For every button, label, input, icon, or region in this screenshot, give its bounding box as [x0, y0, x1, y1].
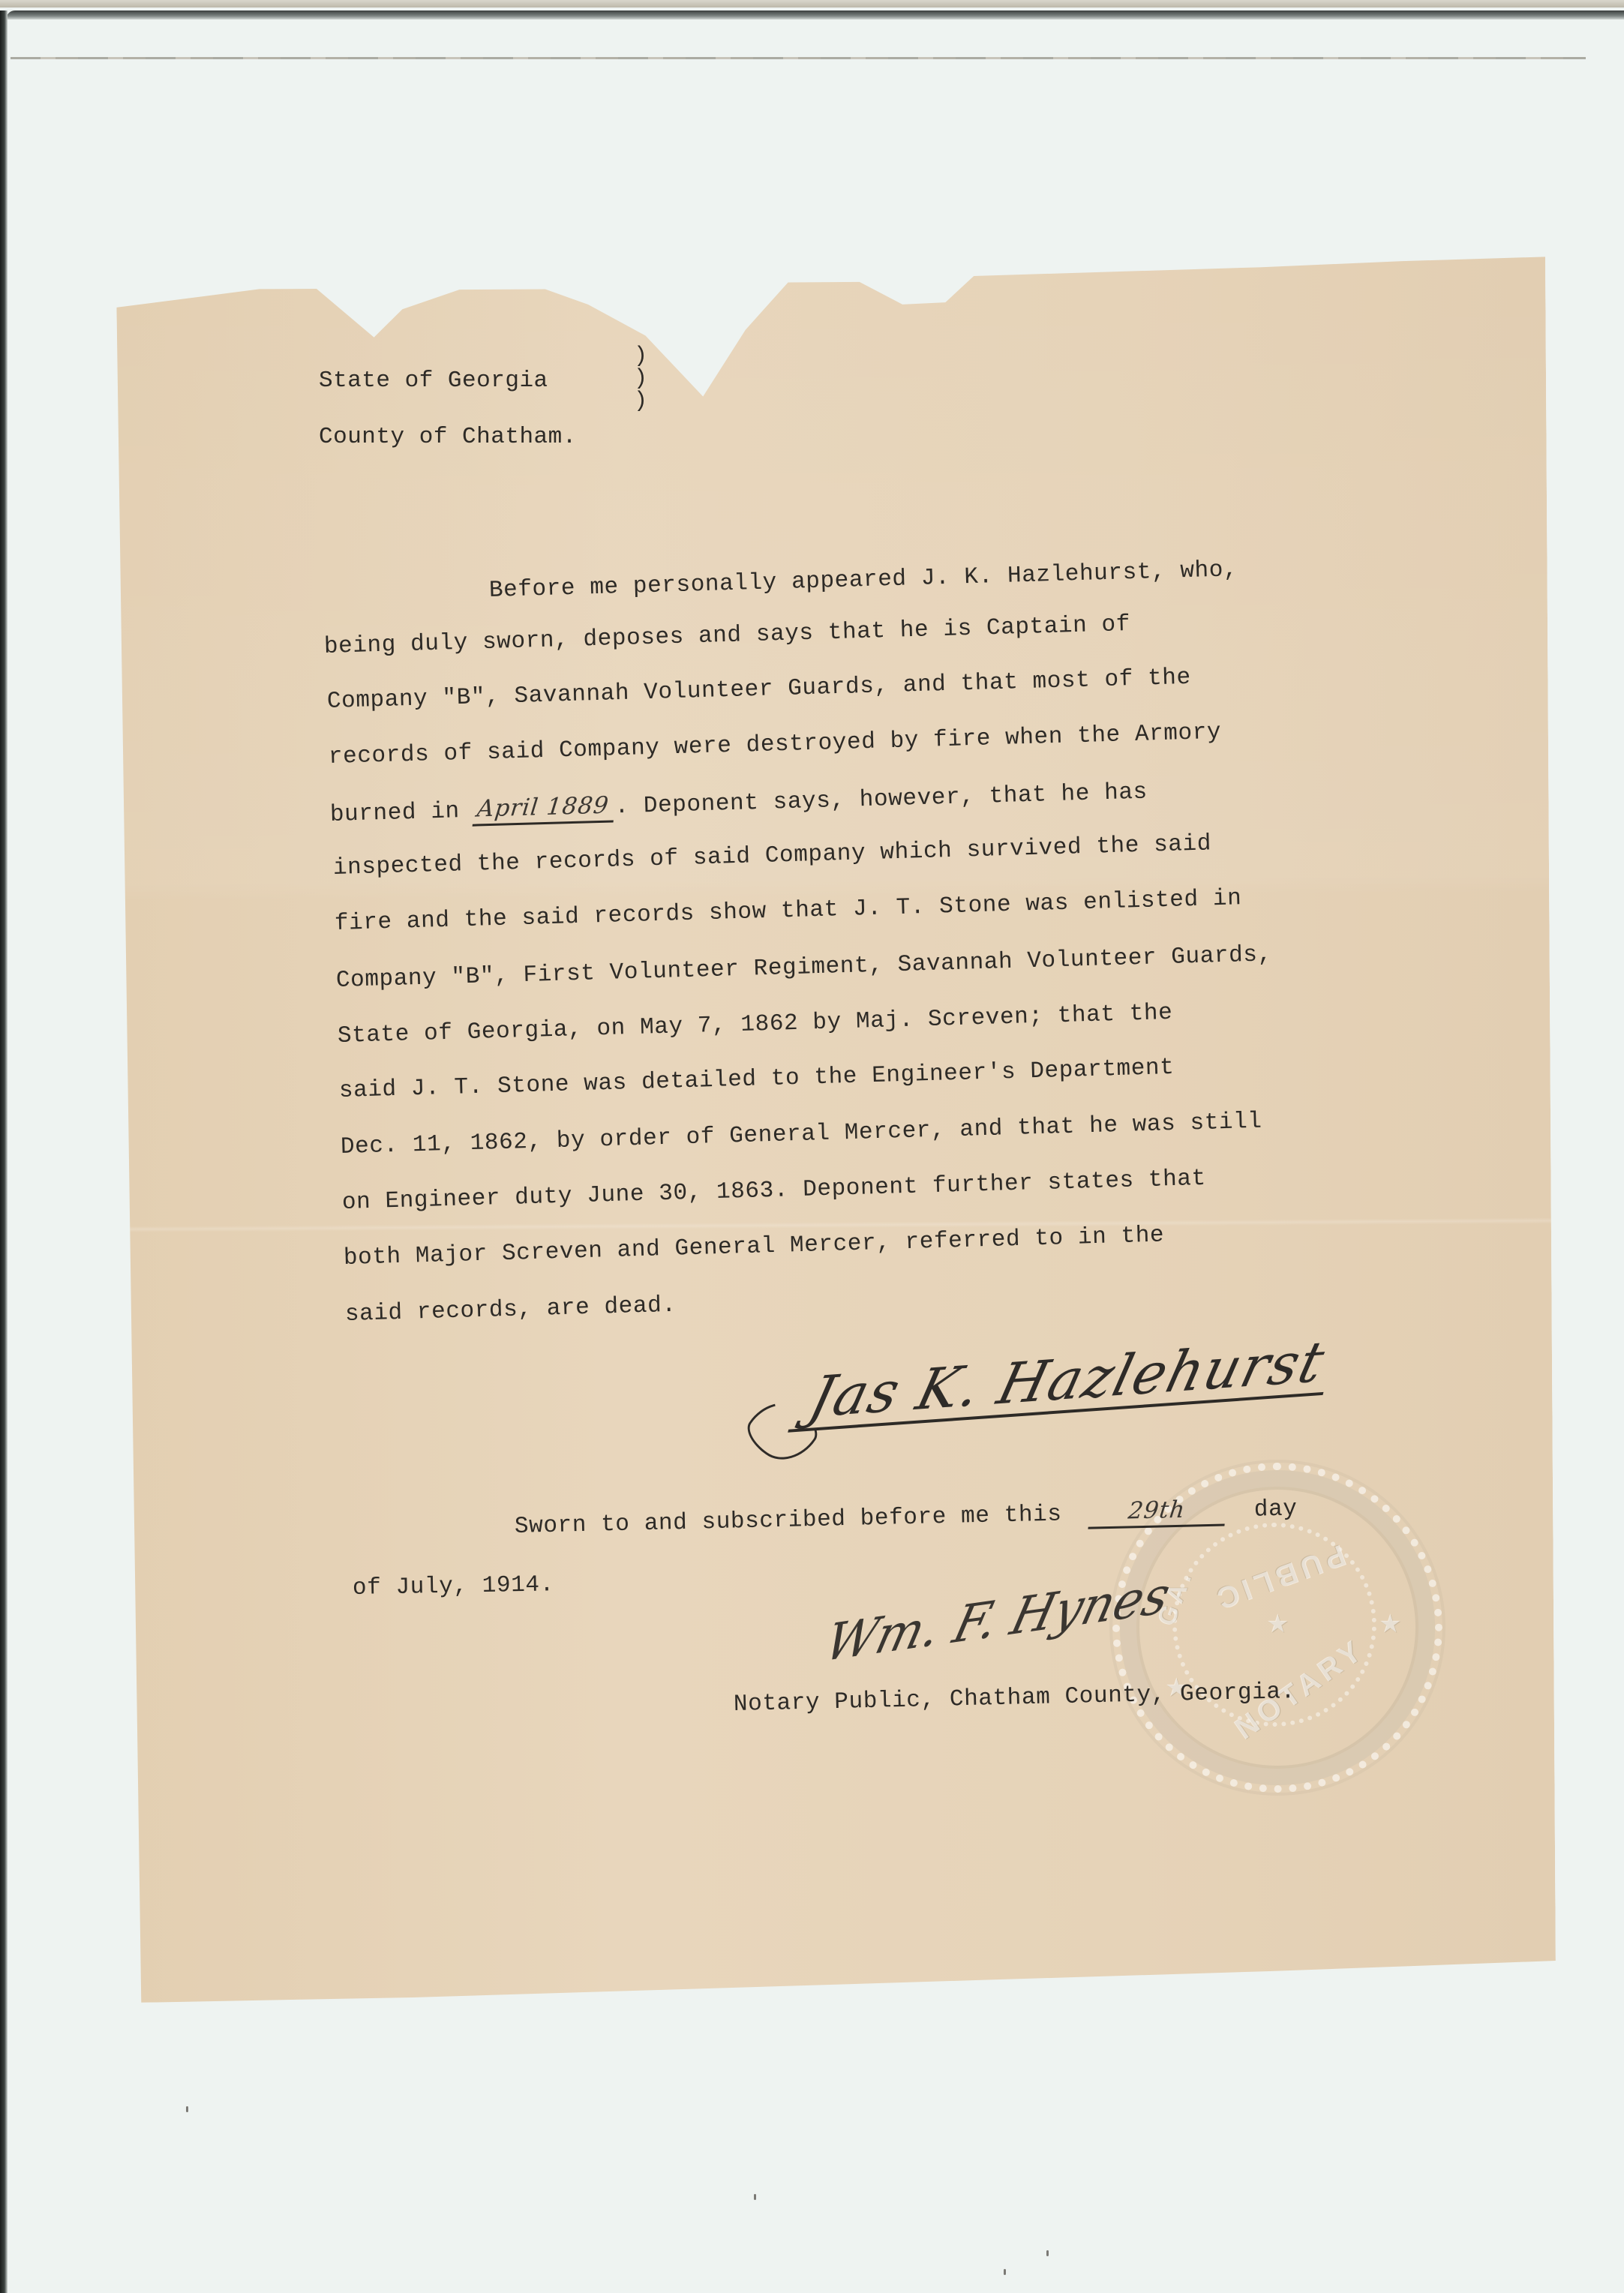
- caption-block: State of Georgia County of Chatham.: [319, 353, 577, 465]
- scanner-left-border: [0, 11, 8, 2293]
- handwritten-date-april-1889: April 1889: [473, 791, 617, 826]
- dust-speck: [1046, 2250, 1049, 2256]
- dust-speck: [186, 2106, 188, 2112]
- scanner-top-edge: [0, 0, 1624, 8]
- brace-part: ): [634, 345, 647, 368]
- brace-part: ): [634, 368, 647, 390]
- handwritten-day-29th: 29th: [1088, 1495, 1228, 1529]
- caption-state: State of Georgia: [319, 353, 577, 409]
- brace-part: ): [634, 390, 647, 413]
- body-line-5-prefix: burned in: [330, 798, 475, 828]
- jurat-line-2: of July, 1914.: [353, 1571, 554, 1601]
- scanner-fold-line: [11, 57, 1586, 59]
- scanner-dark-band: [6, 11, 1624, 20]
- caption-county: County of Chatham.: [319, 409, 577, 465]
- dust-speck: [754, 2194, 756, 2200]
- jurat-day-label: day: [1253, 1496, 1297, 1523]
- caption-brace: ) ) ): [634, 345, 647, 413]
- dust-speck: [1004, 2269, 1006, 2275]
